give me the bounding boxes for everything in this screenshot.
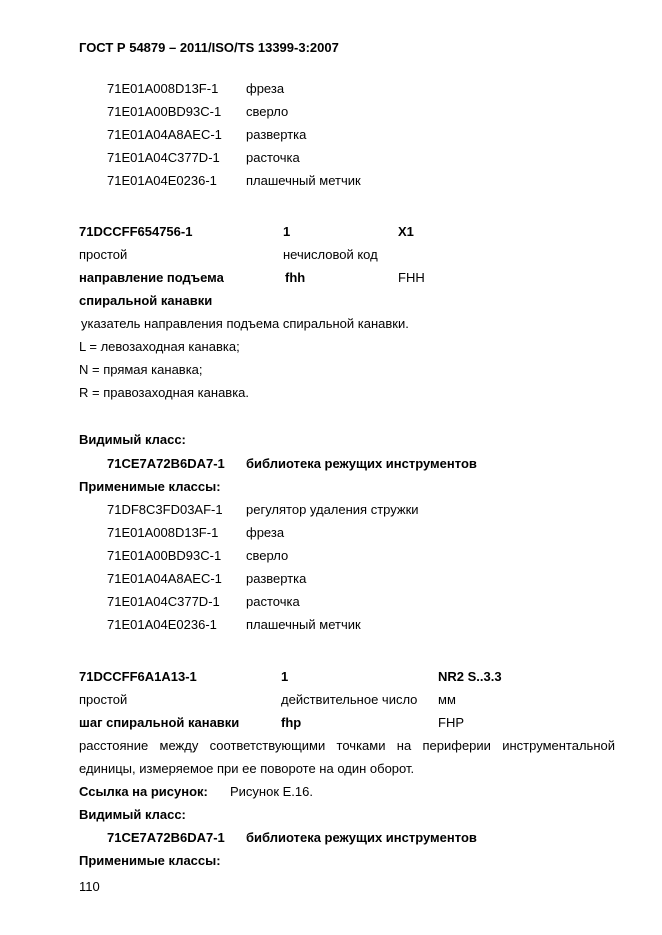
class-name: плашечный метчик bbox=[246, 617, 361, 633]
value-format: NR2 S..3.3 bbox=[438, 669, 502, 685]
class-code: 71E01A00BD93C-1 bbox=[107, 548, 221, 564]
visible-class-code: 71CE7A72B6DA7-1 bbox=[107, 456, 225, 472]
applicable-classes-label: Применимые классы: bbox=[79, 479, 221, 495]
property-definition-continued: единицы, измеряемое при ее повороте на о… bbox=[79, 761, 414, 777]
class-name: развертка bbox=[246, 571, 306, 587]
visible-class-label: Видимый класс: bbox=[79, 432, 186, 448]
figure-ref: Рисунок Е.16. bbox=[230, 784, 313, 800]
class-name: плашечный метчик bbox=[246, 173, 361, 189]
class-name: сверло bbox=[246, 104, 288, 120]
data-type: нечисловой код bbox=[283, 247, 378, 263]
unit: мм bbox=[438, 692, 456, 708]
visible-class-label: Видимый класс: bbox=[79, 807, 186, 823]
property-definition: расстояние между соответствующими точкам… bbox=[79, 738, 615, 754]
applicable-classes-label: Применимые классы: bbox=[79, 853, 221, 869]
class-code: 71E01A04E0236-1 bbox=[107, 617, 217, 633]
class-name: расточка bbox=[246, 150, 300, 166]
document-header: ГОСТ Р 54879 – 2011/ISO/TS 13399-3:2007 bbox=[79, 40, 339, 56]
class-code: 71E01A04E0236-1 bbox=[107, 173, 217, 189]
class-name: фреза bbox=[246, 81, 284, 97]
property-name: шаг спиральной канавки bbox=[79, 715, 239, 731]
class-code: 71DF8C3FD03AF-1 bbox=[107, 502, 223, 518]
visible-class-name: библиотека режущих инструментов bbox=[246, 830, 477, 846]
property-code: FHH bbox=[398, 270, 425, 286]
property-type: простой bbox=[79, 692, 127, 708]
visible-class-code: 71CE7A72B6DA7-1 bbox=[107, 830, 225, 846]
visible-class-name: библиотека режущих инструментов bbox=[246, 456, 477, 472]
property-version: 1 bbox=[283, 224, 290, 240]
class-code: 71E01A00BD93C-1 bbox=[107, 104, 221, 120]
class-name: сверло bbox=[246, 548, 288, 564]
property-name: направление подъема bbox=[79, 270, 224, 286]
value-option: L = левозаходная канавка; bbox=[79, 339, 240, 355]
class-code: 71E01A008D13F-1 bbox=[107, 81, 218, 97]
class-name: развертка bbox=[246, 127, 306, 143]
page-number: 110 bbox=[79, 879, 100, 895]
property-type: простой bbox=[79, 247, 127, 263]
class-name: фреза bbox=[246, 525, 284, 541]
property-code: FHP bbox=[438, 715, 464, 731]
class-code: 71E01A04A8AEC-1 bbox=[107, 127, 222, 143]
value-option: R = правозаходная канавка. bbox=[79, 385, 249, 401]
property-id: 71DCCFF654756-1 bbox=[79, 224, 192, 240]
property-name-continued: спиральной канавки bbox=[79, 293, 212, 309]
class-name: расточка bbox=[246, 594, 300, 610]
class-code: 71E01A04A8AEC-1 bbox=[107, 571, 222, 587]
property-definition: указатель направления подъема спиральной… bbox=[81, 316, 409, 332]
value-option: N = прямая канавка; bbox=[79, 362, 203, 378]
class-name: регулятор удаления стружки bbox=[246, 502, 419, 518]
data-type: действительное число bbox=[281, 692, 417, 708]
property-id: 71DCCFF6A1A13-1 bbox=[79, 669, 197, 685]
property-symbol: fhh bbox=[285, 270, 305, 286]
figure-ref-label: Ссылка на рисунок: bbox=[79, 784, 208, 800]
property-symbol: fhp bbox=[281, 715, 301, 731]
class-code: 71E01A04C377D-1 bbox=[107, 150, 220, 166]
class-code: 71E01A04C377D-1 bbox=[107, 594, 220, 610]
property-version: 1 bbox=[281, 669, 288, 685]
value-format: X1 bbox=[398, 224, 414, 240]
class-code: 71E01A008D13F-1 bbox=[107, 525, 218, 541]
